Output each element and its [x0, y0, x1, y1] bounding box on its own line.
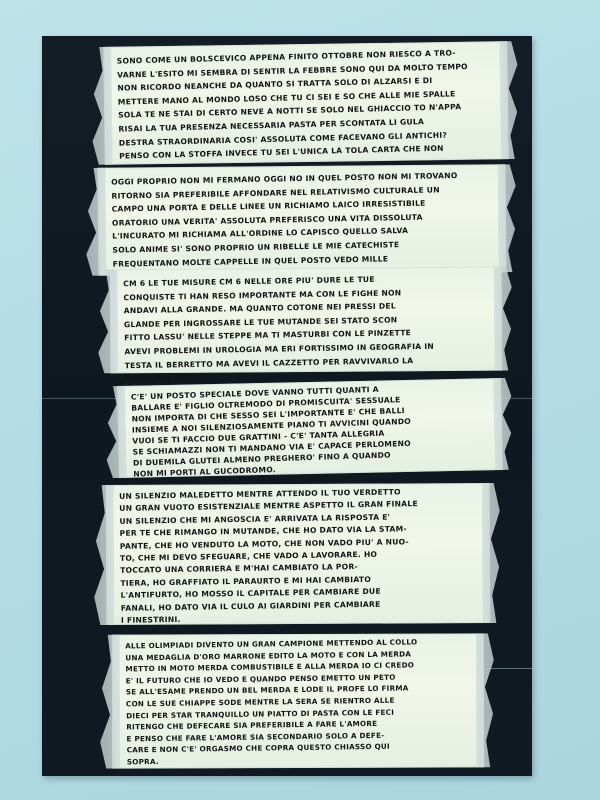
tape-strip-4: C'E' UN POSTO SPECIALE DOVE VANNO TUTTI … [117, 378, 503, 478]
tape-strip-5: UN SILENZIO MALEDETTO MENTRE ATTENDO IL … [106, 483, 491, 625]
tape-strip-3: CM 6 LE TUE MISURE CM 6 NELLE ORE PIU' D… [110, 267, 503, 374]
handwritten-text-1: SONO COME UN BOLSCEVICO APPENA FINITO OT… [117, 45, 500, 177]
handwritten-text-4: C'E' UN POSTO SPECIALE DOVE VANNO TUTTI … [131, 380, 494, 479]
handwritten-text-3: CM 6 LE TUE MISURE CM 6 NELLE ORE PIU' D… [123, 271, 493, 386]
tape-strip-2: OGGI PROPRIO NON MI FERMANO OGGI NO IN Q… [98, 164, 507, 276]
tape-strip-6: ALLE OLIMPIADI DIVENTO UN GRAN CAMPIONE … [112, 633, 484, 768]
tape-strip-1: SONO COME UN BOLSCEVICO APPENA FINITO OT… [103, 41, 509, 165]
handwritten-text-5: UN SILENZIO MALEDETTO MENTRE ATTENDO IL … [119, 485, 481, 627]
handwritten-text-6: ALLE OLIMPIADI DIVENTO UN GRAN CAMPIONE … [125, 636, 475, 768]
